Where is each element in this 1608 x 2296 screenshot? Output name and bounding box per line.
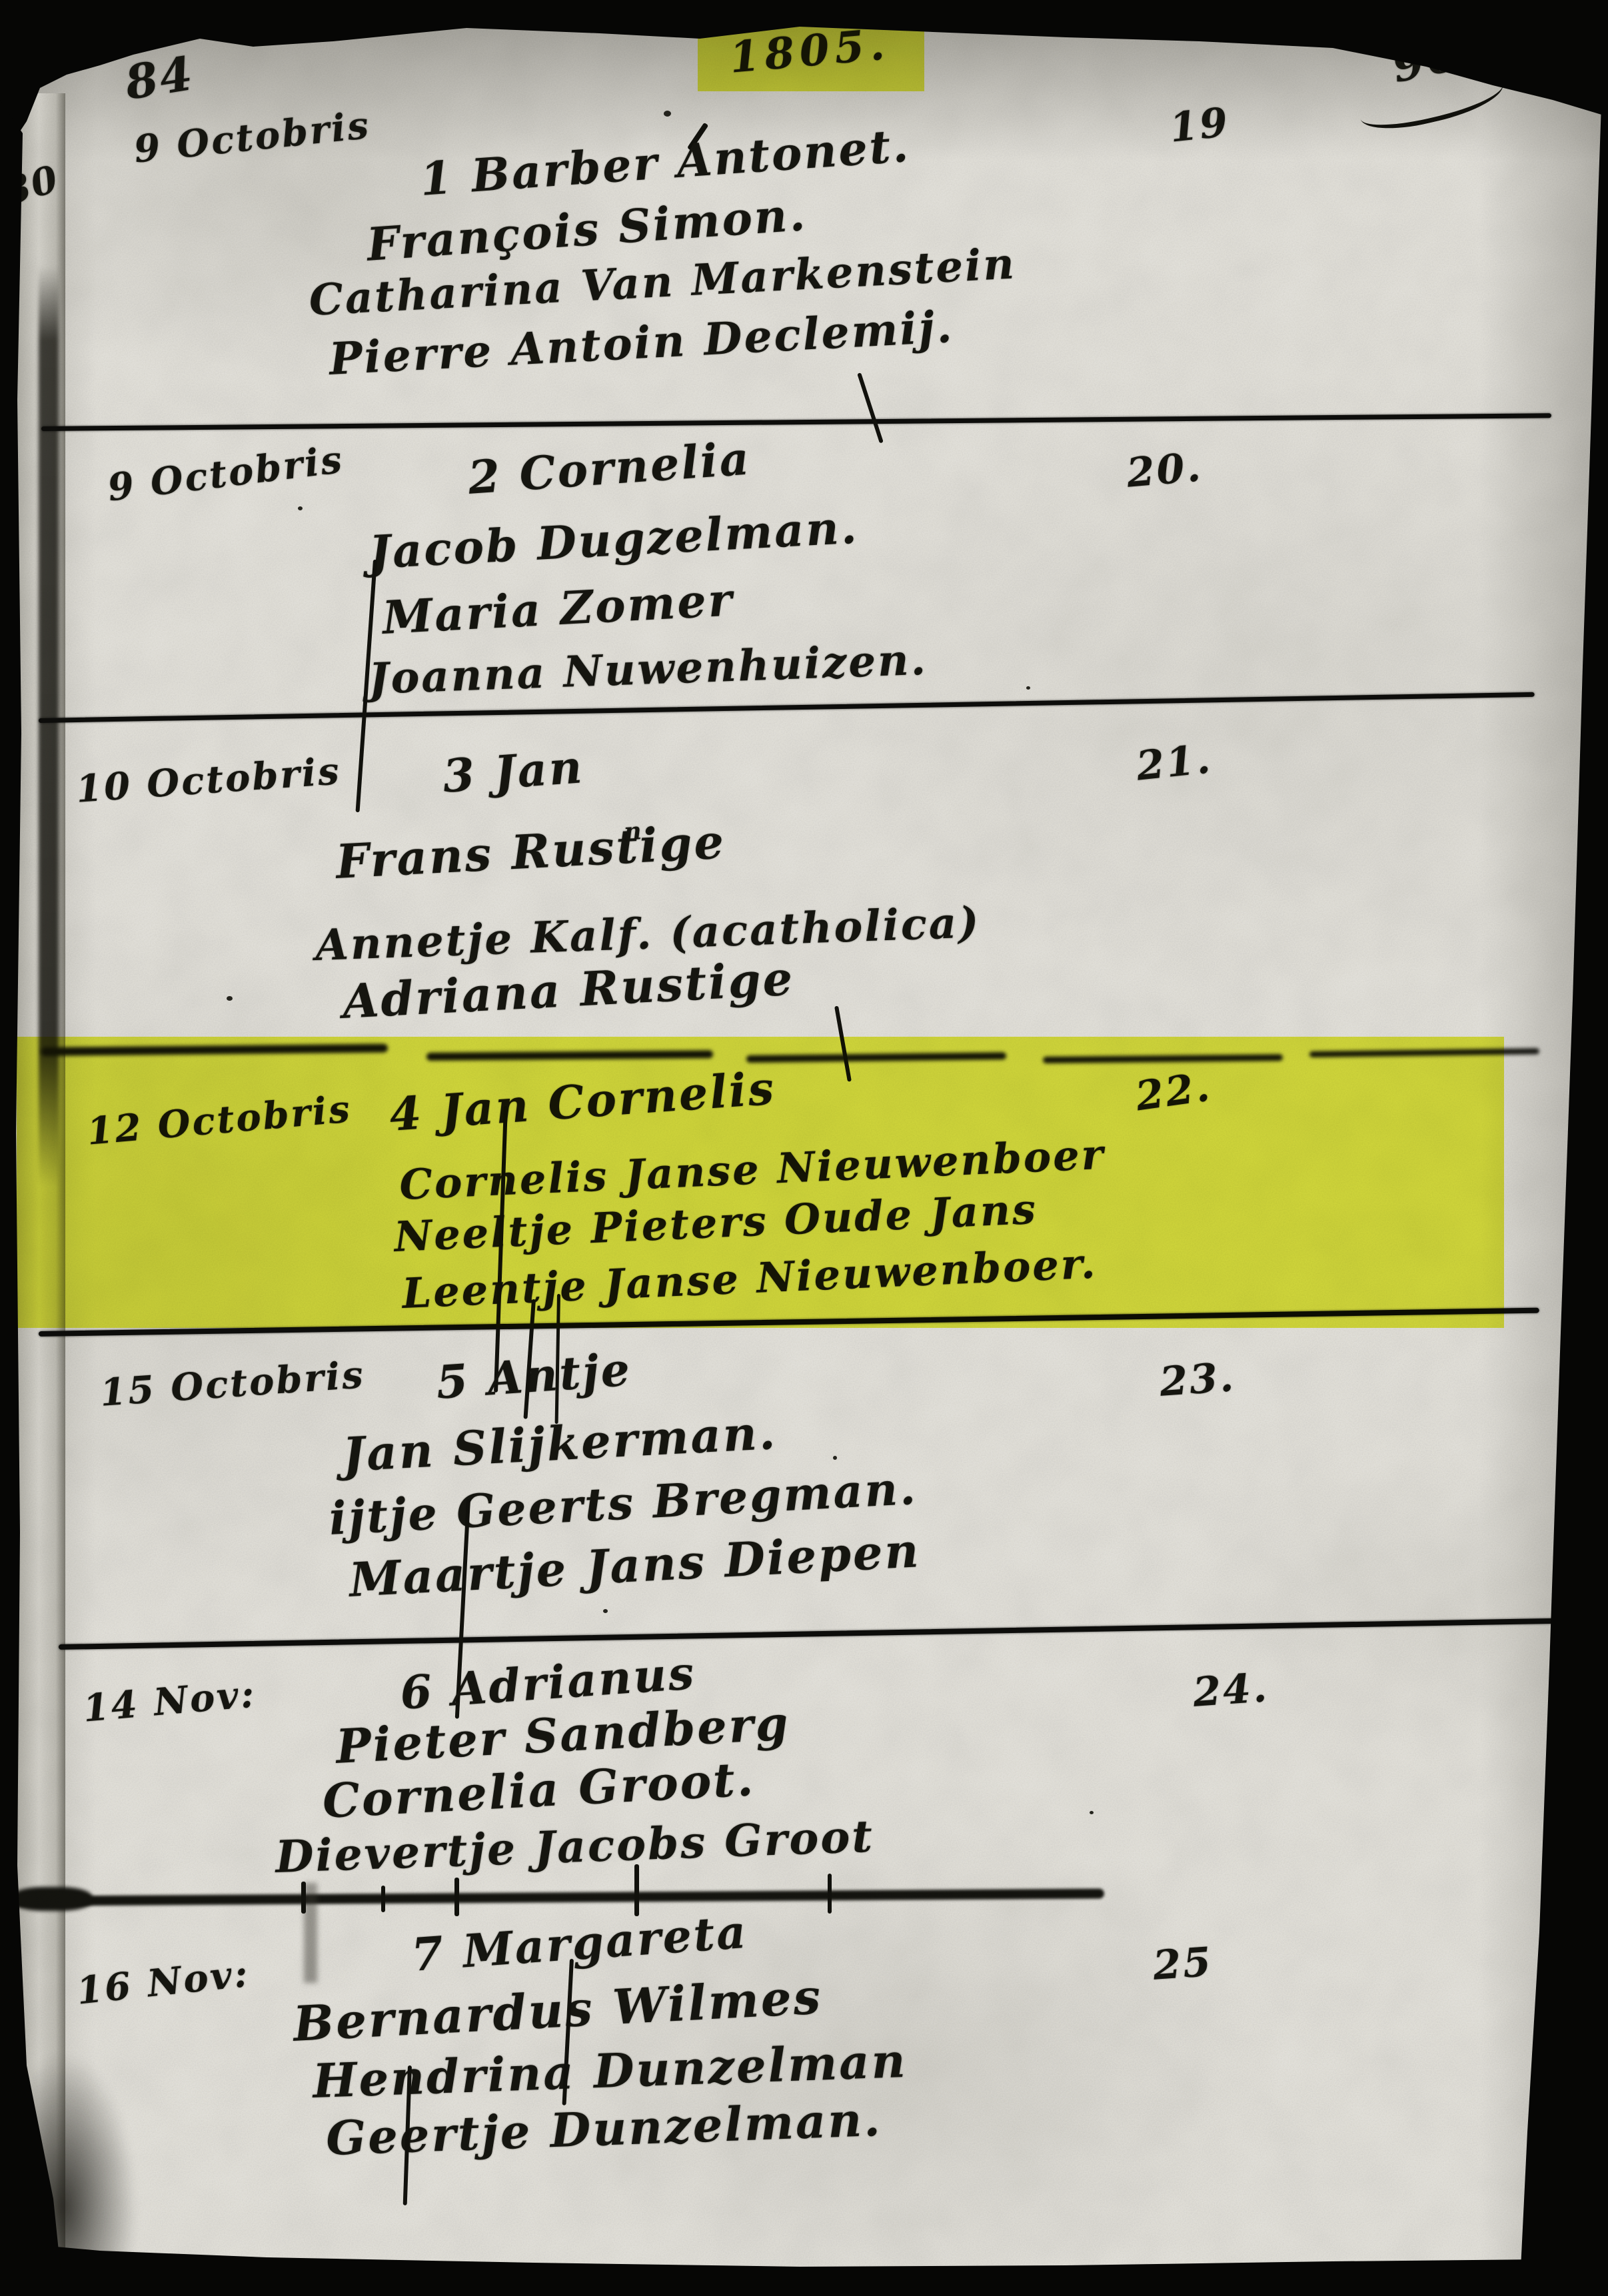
entry-divider xyxy=(39,692,1535,723)
father-name: Jacob Dugzelman. xyxy=(368,501,860,580)
register-page-scan: 80 84 1805. 96 19 9 Octobris 1 Barber An… xyxy=(0,0,1608,2296)
record-highlight xyxy=(17,1037,1504,1328)
ink-stroke xyxy=(454,1878,459,1916)
ink-speck xyxy=(603,1609,608,1613)
record-date: 14 Nov: xyxy=(81,1672,258,1730)
child-name: 2 Cornelia xyxy=(466,432,752,504)
ink-speck xyxy=(1026,686,1030,690)
record-date: 16 Nov: xyxy=(75,1952,252,2013)
scan-edge-right xyxy=(1513,0,1608,2296)
record-number: 19 xyxy=(1168,99,1231,152)
page-number-left: 84 xyxy=(121,45,198,111)
child-name: 5 Antje xyxy=(434,1343,633,1410)
record-number: 23. xyxy=(1158,1354,1237,1406)
ink-stroke xyxy=(634,1864,639,1916)
ink-speck xyxy=(664,111,671,117)
divider-blot xyxy=(12,1887,92,1911)
scan-edge-bottom xyxy=(0,2225,1608,2296)
ink-speck xyxy=(227,996,233,1001)
entry-divider xyxy=(41,413,1551,431)
gray-smudge xyxy=(304,1883,317,1983)
child-name: 7 Margareta xyxy=(410,1906,750,1982)
father-name: Frans Rustige xyxy=(335,814,727,889)
child-name: 1 Barber Antonet. xyxy=(418,119,912,207)
record-date: 15 Octobris xyxy=(99,1353,367,1415)
entry-divider xyxy=(59,1618,1557,1650)
father-name-superscript: n xyxy=(623,817,644,846)
record-number: 25 xyxy=(1152,1939,1214,1990)
ink-stroke xyxy=(828,1874,832,1914)
ink-speck xyxy=(1090,1811,1094,1814)
ink-speck xyxy=(833,1456,837,1460)
child-name: 3 Jan xyxy=(441,740,586,804)
record-date: 10 Octobris xyxy=(75,749,343,812)
record-date: 9 Octobris xyxy=(132,103,373,172)
witness-name: Joanna Nuwenhuizen. xyxy=(368,635,928,704)
ink-stroke xyxy=(857,372,884,443)
mother-name: Maria Zomer xyxy=(381,573,735,645)
record-number: 20. xyxy=(1125,444,1204,497)
record-number: 24. xyxy=(1192,1664,1270,1716)
father-name: Jan Slijkerman. xyxy=(341,1405,778,1482)
ink-speck xyxy=(298,506,303,510)
entry-divider-thick xyxy=(8,1889,1104,1906)
ink-stroke xyxy=(381,1886,385,1912)
ink-stroke xyxy=(301,1882,306,1914)
record-date: 9 Octobris xyxy=(105,438,346,510)
record-number: 21. xyxy=(1134,736,1214,790)
